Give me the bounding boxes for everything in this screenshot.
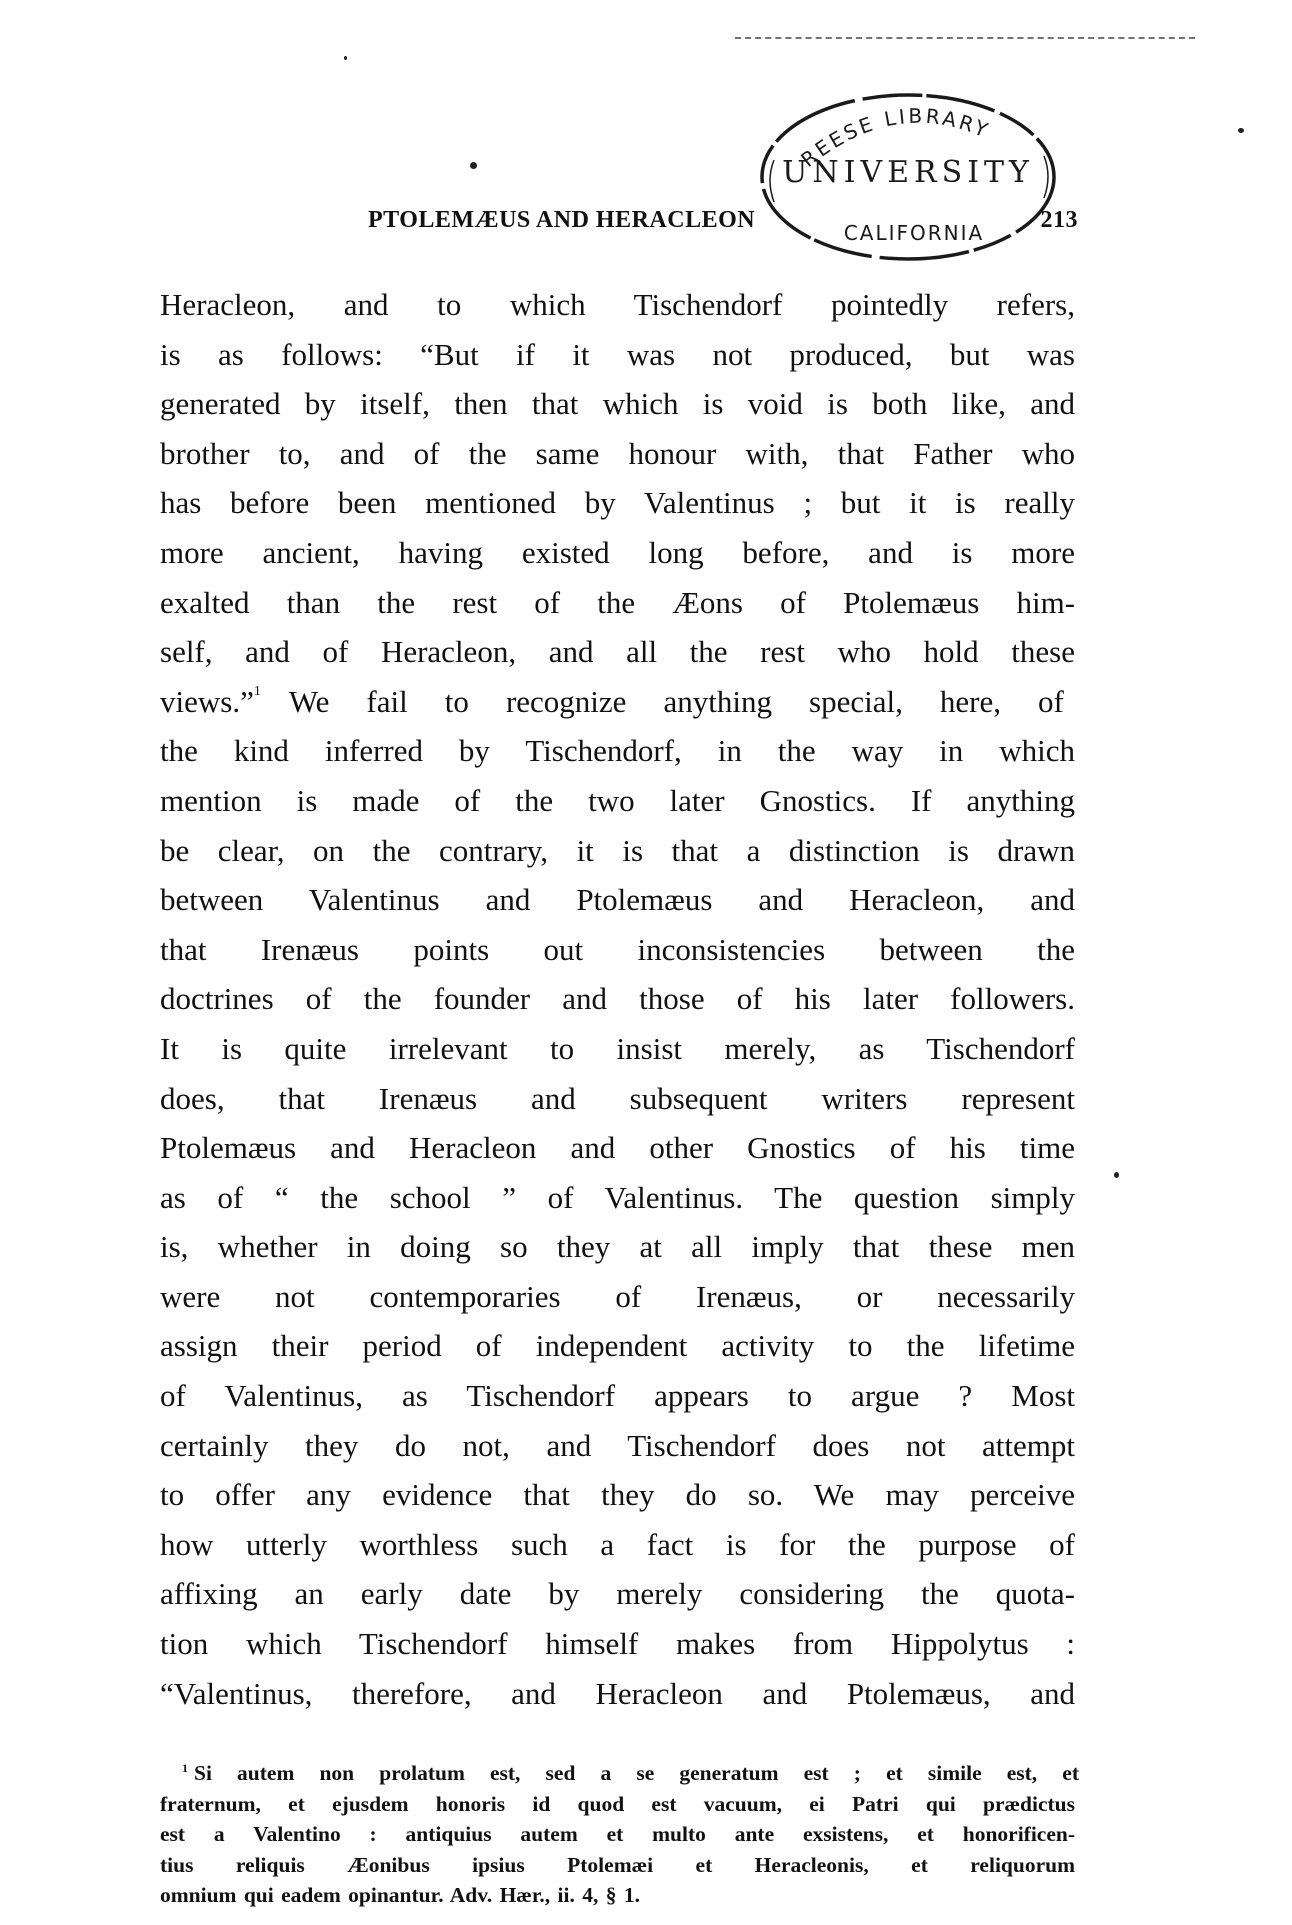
ink-speck <box>1238 128 1244 133</box>
footnote-line: omnium qui eadem opinantur. Adv. Hær., i… <box>160 1880 1075 1911</box>
text-line: be clear, on the contrary, it is that a … <box>160 826 1075 876</box>
text-line: assign their period of independent activ… <box>160 1321 1075 1371</box>
text-line: exalted than the rest of the Æons of Pto… <box>160 578 1075 628</box>
page-number: 213 <box>1041 207 1079 234</box>
text-line-with-footnote: views.”1We fail to recognize anything sp… <box>160 677 1075 727</box>
text-line: generated by itself, then that which is … <box>160 379 1075 429</box>
text-line: between Valentinus and Ptolemæus and Her… <box>160 875 1075 925</box>
text-line: Heracleon, and to which Tischendorf poin… <box>160 280 1075 330</box>
text-line: the kind inferred by Tischendorf, in the… <box>160 726 1075 776</box>
footnote-line: 1Si autem non prolatum est, sed a se gen… <box>160 1758 1075 1789</box>
text-line: self, and of Heracleon, and all the rest… <box>160 627 1075 677</box>
text-line: mention is made of the two later Gnostic… <box>160 776 1075 826</box>
footnote-block: 1Si autem non prolatum est, sed a se gen… <box>160 1758 1075 1911</box>
text-line: is as follows: “But if it was not produc… <box>160 330 1075 380</box>
text-line: brother to, and of the same honour with,… <box>160 429 1075 479</box>
text-line: that Irenæus points out inconsistencies … <box>160 925 1075 975</box>
footnote-line: tius reliquis Æonibus ipsius Ptolemæi et… <box>160 1850 1075 1881</box>
ink-speck <box>470 162 477 169</box>
text-line: how utterly worthless such a fact is for… <box>160 1520 1075 1570</box>
text-segment: views.” <box>160 684 254 719</box>
footnote-marker: 1 <box>182 1761 188 1775</box>
top-edge-rule <box>735 37 1195 39</box>
running-head-title: PTOLEMÆUS AND HERACLEON <box>368 207 755 234</box>
text-line: of Valentinus, as Tischendorf appears to… <box>160 1371 1075 1421</box>
footnote-text: Si autem non prolatum est, sed a se gene… <box>188 1758 1079 1789</box>
stamp-top-text: REESE LIBRARY <box>796 104 994 172</box>
text-line: doctrines of the founder and those of hi… <box>160 974 1075 1024</box>
text-line: to offer any evidence that they do so. W… <box>160 1470 1075 1520</box>
footnote-reference[interactable]: 1 <box>254 684 261 699</box>
ink-speck <box>344 56 347 60</box>
footnote-line: est a Valentino : antiquius autem et mul… <box>160 1819 1075 1850</box>
running-head: PTOLEMÆUS AND HERACLEON 213 <box>368 207 1078 241</box>
text-line: more ancient, having existed long before… <box>160 528 1075 578</box>
text-line: certainly they do not, and Tischendorf d… <box>160 1421 1075 1471</box>
text-line: is, whether in doing so they at all impl… <box>160 1222 1075 1272</box>
text-line: as of “ the school ” of Valentinus. The … <box>160 1173 1075 1223</box>
text-line: Ptolemæus and Heracleon and other Gnosti… <box>160 1123 1075 1173</box>
text-line: “Valentinus, therefore, and Heracleon an… <box>160 1669 1075 1719</box>
text-line: affixing an early date by merely conside… <box>160 1569 1075 1619</box>
text-line: does, that Irenæus and subsequent writer… <box>160 1074 1075 1124</box>
body-paragraph: Heracleon, and to which Tischendorf poin… <box>160 280 1075 1718</box>
text-line: tion which Tischendorf himself makes fro… <box>160 1619 1075 1669</box>
svg-text:REESE LIBRARY: REESE LIBRARY <box>796 104 994 172</box>
footnote-line: fraternum, et ejusdem honoris id quod es… <box>160 1789 1075 1820</box>
text-line: has before been mentioned by Valentinus … <box>160 478 1075 528</box>
ink-speck <box>1114 1172 1119 1178</box>
book-page: REESE LIBRARY UNIVERSITY CALIFORNIA PTOL… <box>0 0 1292 1925</box>
stamp-middle-text: UNIVERSITY <box>782 155 1034 190</box>
text-line: It is quite irrelevant to insist merely,… <box>160 1024 1075 1074</box>
text-line: were not contemporaries of Irenæus, or n… <box>160 1272 1075 1322</box>
text-segment: We fail to recognize anything special, h… <box>289 677 1064 727</box>
